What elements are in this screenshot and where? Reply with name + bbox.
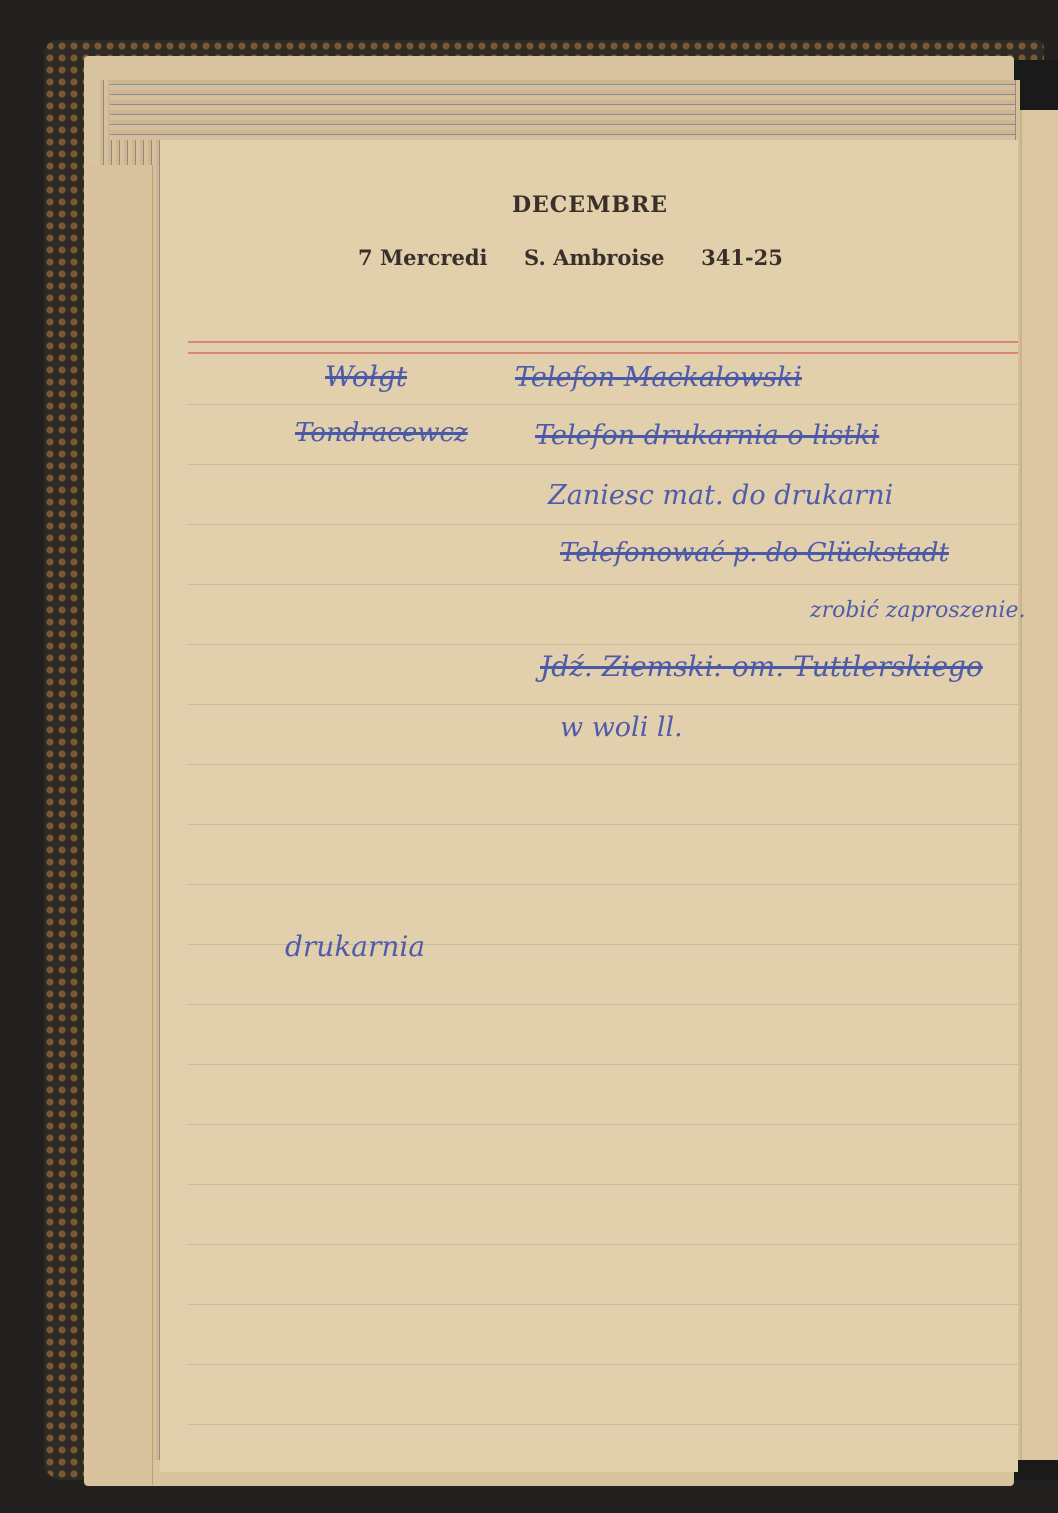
page-tab xyxy=(88,165,153,1485)
page-stack-top xyxy=(110,80,1015,140)
handwritten-note: Telefonować p. do Glückstadt xyxy=(560,538,949,568)
ruled-line xyxy=(188,1244,1018,1245)
ruled-line xyxy=(188,824,1018,825)
ruled-line xyxy=(188,1184,1018,1185)
ruled-line xyxy=(188,1304,1018,1305)
ruled-line xyxy=(188,704,1018,705)
ruled-line xyxy=(188,644,1018,645)
red-rule xyxy=(188,352,1018,354)
ruled-line xyxy=(188,1424,1018,1425)
ruled-line xyxy=(188,1004,1018,1005)
ruled-line xyxy=(188,1364,1018,1365)
ruled-line xyxy=(188,1124,1018,1125)
ruled-line xyxy=(188,584,1018,585)
handwritten-note: drukarnia xyxy=(285,930,425,963)
handwritten-note: Tondracewcz xyxy=(295,418,468,448)
handwritten-note: w woli ll. xyxy=(560,712,683,743)
month-heading: DECEMBRE xyxy=(160,192,1020,218)
ruled-line xyxy=(188,764,1018,765)
saint-name: S. Ambroise xyxy=(524,245,664,270)
facing-page xyxy=(1020,110,1058,1460)
handwritten-note: Jdź. Ziemski: om. Tuttlerskiego xyxy=(540,650,983,683)
diary-page xyxy=(160,140,1018,1472)
handwritten-note: Telefon Mackalowski xyxy=(515,362,802,393)
handwritten-note: zrobić zaproszenie. xyxy=(810,598,1025,623)
handwritten-note: Zaniesc mat. do drukarni xyxy=(548,480,893,511)
day-number: 7 xyxy=(358,245,373,270)
weekday: Mercredi xyxy=(380,245,488,270)
ruled-line xyxy=(188,404,1018,405)
handwritten-note: Telefon drukarnia o listki xyxy=(535,420,879,451)
ruled-line xyxy=(188,1064,1018,1065)
ruled-line xyxy=(188,464,1018,465)
date-line: 7 Mercredi S. Ambroise 341-25 xyxy=(358,245,783,270)
red-rule xyxy=(188,341,1018,343)
handwritten-note: Wołgt xyxy=(325,360,407,393)
ruled-line xyxy=(188,884,1018,885)
ruled-line xyxy=(188,524,1018,525)
day-of-year: 341-25 xyxy=(701,245,783,270)
